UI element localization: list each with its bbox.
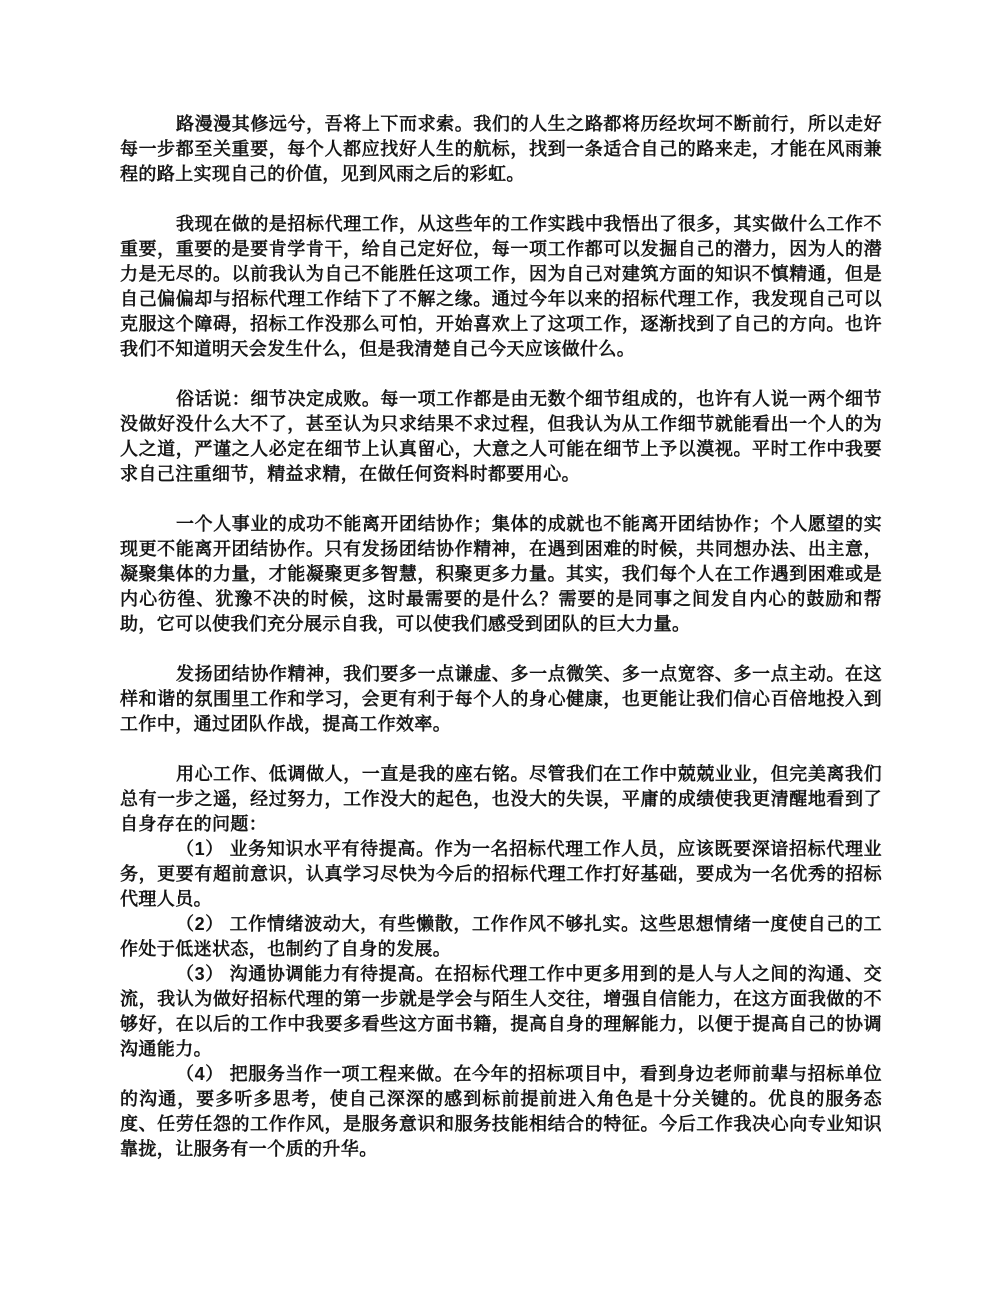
problem-item-1: （1） 业务知识水平有待提高。作为一名招标代理工作人员，应该既要深谙招标代理业务…	[120, 837, 882, 912]
paragraph-teamwork-spirit: 发扬团结协作精神，我们要多一点谦虚、多一点微笑、多一点宽容、多一点主动。在这样和…	[120, 662, 882, 737]
problem-item-2: （2） 工作情绪波动大，有些懒散，工作作风不够扎实。这些思想情绪一度使自己的工作…	[120, 912, 882, 962]
problem-item-3: （3） 沟通协调能力有待提高。在招标代理工作中更多用到的是人与人之间的沟通、交流…	[120, 962, 882, 1062]
paragraph-teamwork-importance: 一个人事业的成功不能离开团结协作；集体的成就也不能离开团结协作；个人愿望的实现更…	[120, 512, 882, 637]
document-body: 路漫漫其修远兮，吾将上下而求索。我们的人生之路都将历经坎坷不断前行，所以走好每一…	[120, 112, 882, 1162]
paragraph-opening-journey: 路漫漫其修远兮，吾将上下而求索。我们的人生之路都将历经坎坷不断前行，所以走好每一…	[120, 112, 882, 187]
document-page: 路漫漫其修远兮，吾将上下而求索。我们的人生之路都将历经坎坷不断前行，所以走好每一…	[0, 0, 1000, 1295]
paragraph-job-reflection: 我现在做的是招标代理工作，从这些年的工作实践中我悟出了很多，其实做什么工作不重要…	[120, 212, 882, 362]
problem-item-4: （4） 把服务当作一项工程来做。在今年的招标项目中，看到身边老师前辈与招标单位的…	[120, 1062, 882, 1162]
paragraph-motto-and-problems: 用心工作、低调做人，一直是我的座右铭。尽管我们在工作中兢兢业业，但完美离我们总有…	[120, 762, 882, 837]
paragraph-details-decide-success: 俗话说：细节决定成败。每一项工作都是由无数个细节组成的，也许有人说一两个细节没做…	[120, 387, 882, 487]
